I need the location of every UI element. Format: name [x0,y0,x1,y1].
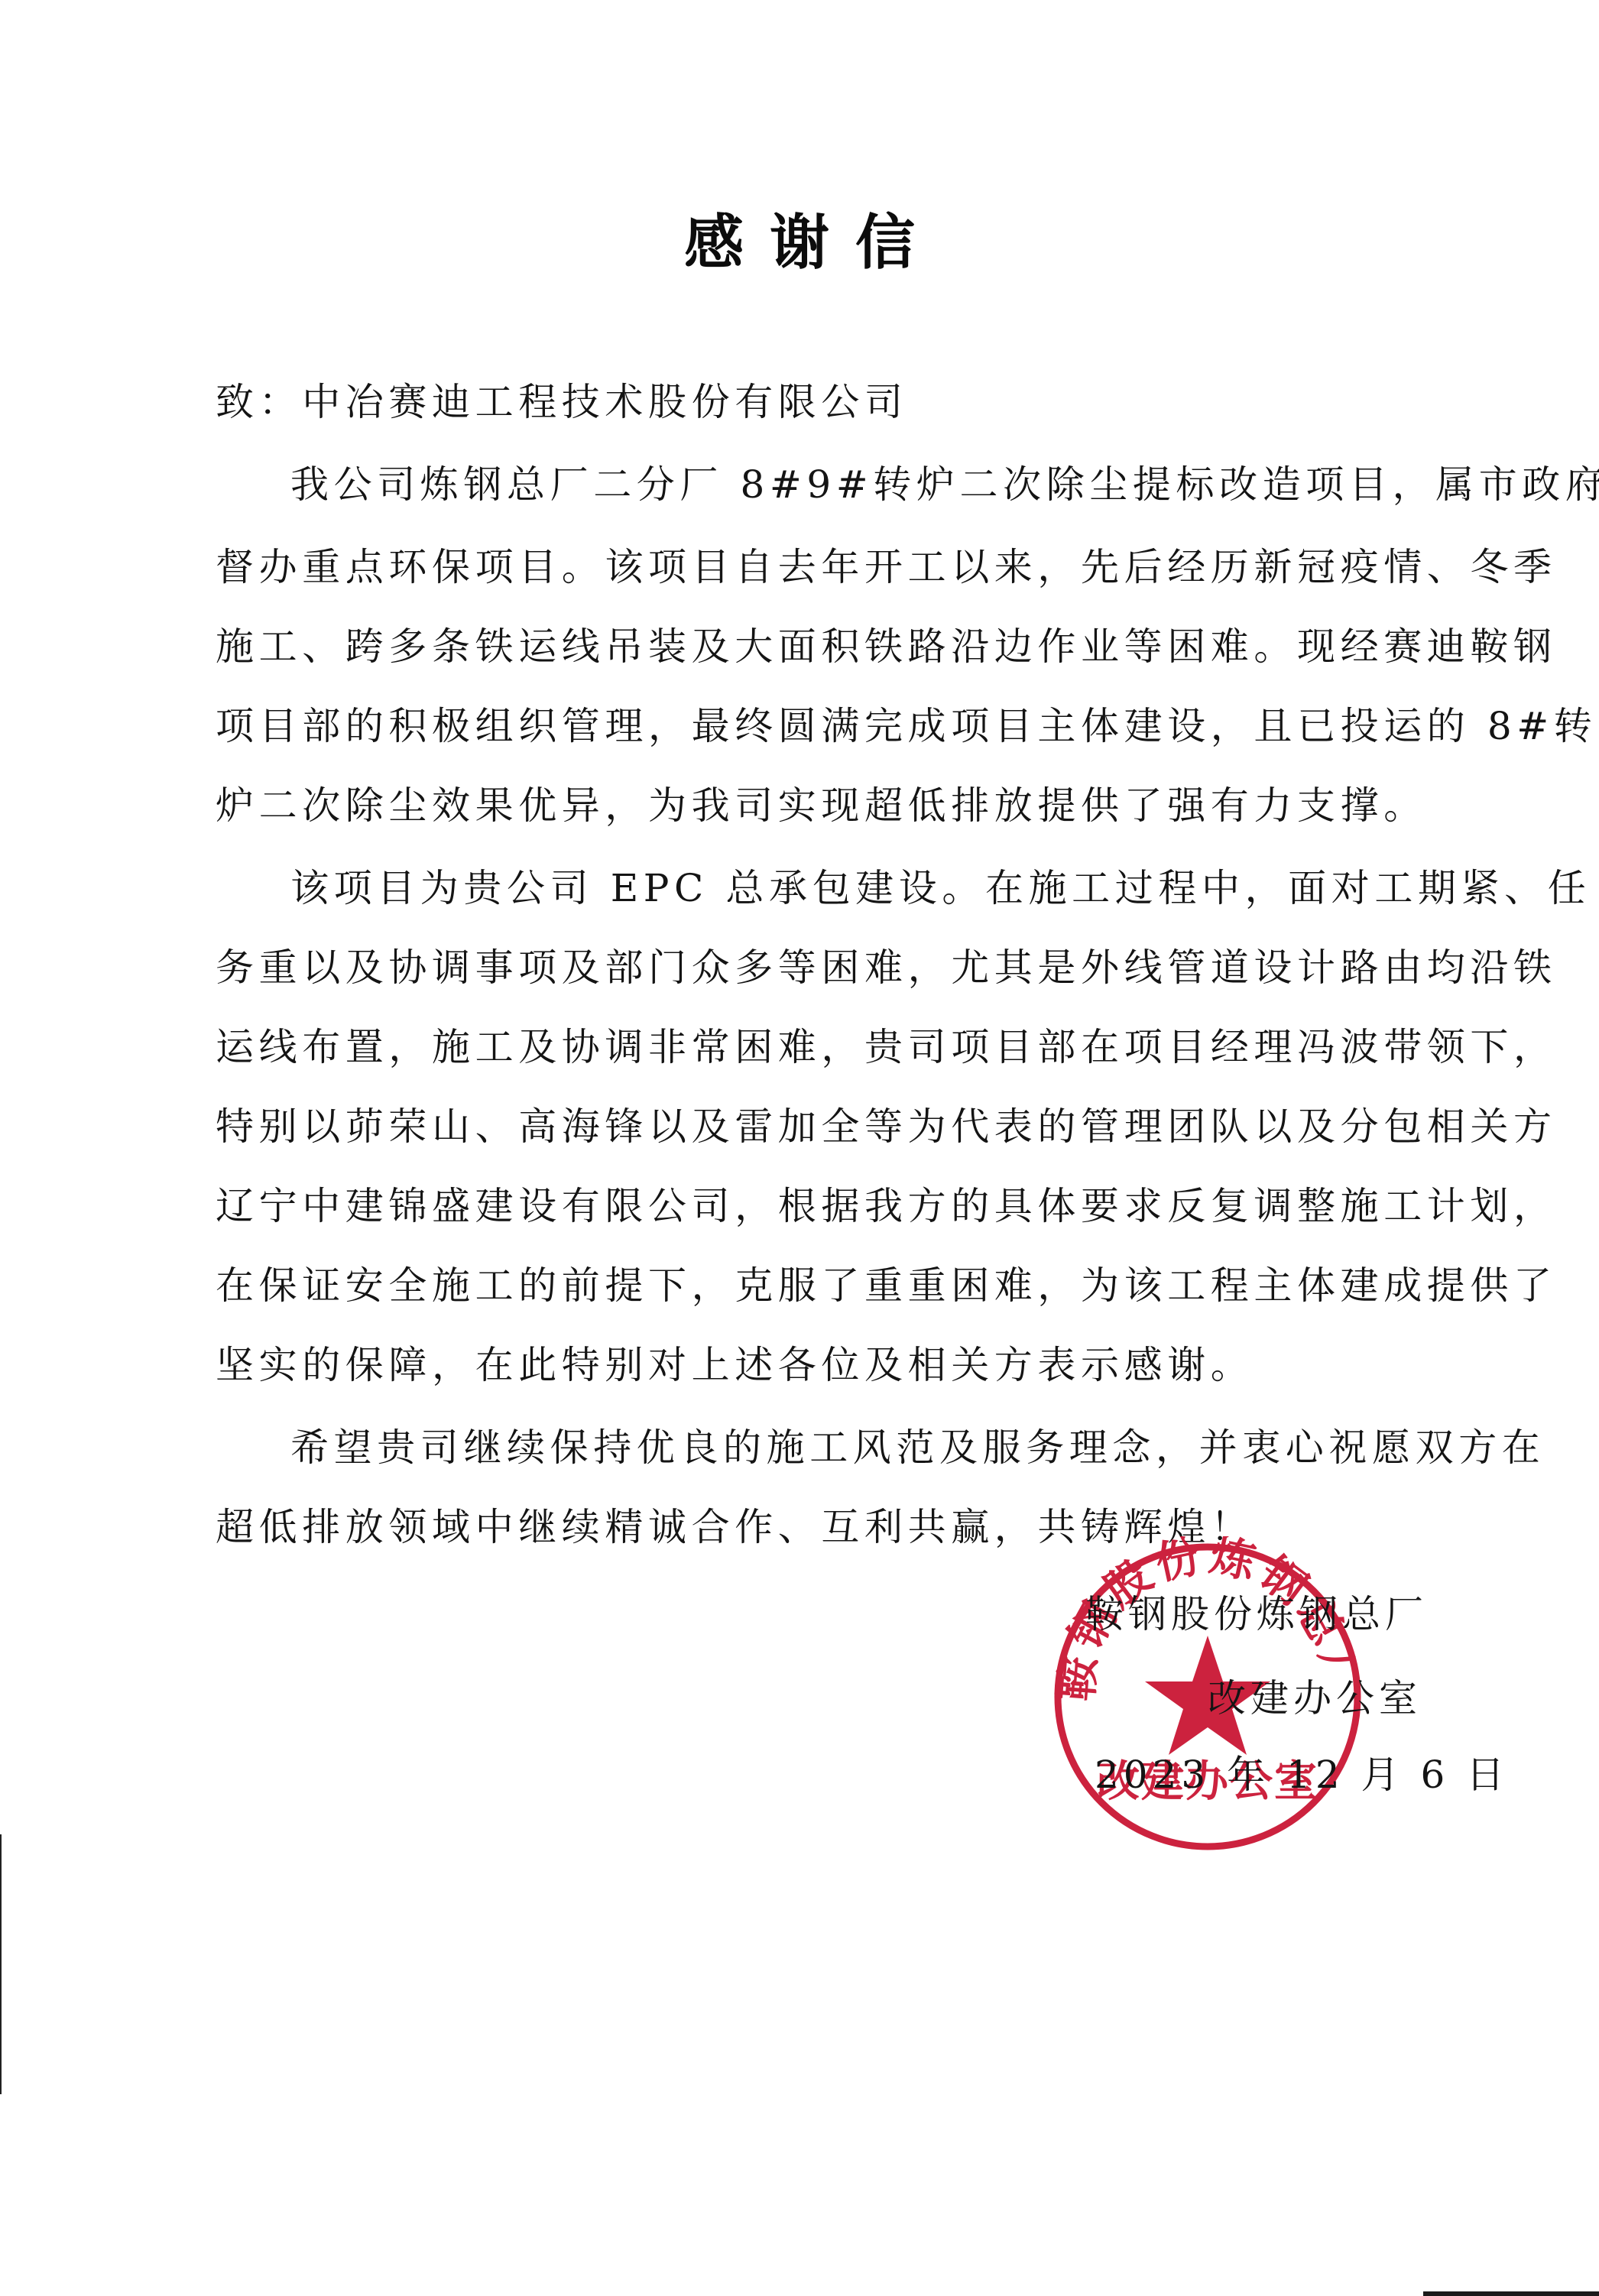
paragraph-1-line-5: 炉二次除尘效果优异，为我司实现超低排放提供了强有力支撑。 [216,783,1427,829]
letter-page: 感谢信 致：中冶赛迪工程技术股份有限公司 我公司炼钢总厂二分厂 8#9#转炉二次… [0,0,1599,2296]
paragraph-2-line-4: 特别以茆荣山、高海锋以及雷加全等为代表的管理团队以及分包相关方 [216,1104,1557,1150]
paragraph-1-line-1: 我公司炼钢总厂二分厂 8#9#转炉二次除尘提标改造项目，属市政府 [290,462,1599,508]
paragraph-2-line-1: 该项目为贵公司 EPC 总承包建设。在施工过程中，面对工期紧、任 [290,865,1591,911]
signature-department: 改建办公室 [1208,1675,1422,1721]
paragraph-1-line-4: 项目部的积极组织管理，最终圆满完成项目主体建设，且已投运的 8#转 [216,703,1597,749]
paragraph-2-line-2: 务重以及协调事项及部门众多等困难，尤其是外线管道设计路由均沿铁 [216,945,1557,991]
paragraph-3-line-1: 希望贵司继续保持优良的施工风范及服务理念，并衷心祝愿双方在 [290,1425,1545,1471]
signature-organization: 鞍钢股份炼钢总厂 [1085,1591,1428,1637]
salutation: 致：中冶赛迪工程技术股份有限公司 [216,379,908,425]
scan-edge-line [0,1834,2,2094]
signature-date: 2023 年 12 月 6 日 [1095,1752,1509,1798]
paragraph-2-line-6: 在保证安全施工的前提下，克服了重重困难，为该工程主体建成提供了 [216,1263,1557,1309]
paragraph-1-line-3: 施工、跨多条铁运线吊装及大面积铁路沿边作业等困难。现经赛迪鞍钢 [216,624,1557,670]
scan-corner-mark [1423,2291,1599,2296]
paragraph-2-line-3: 运线布置，施工及协调非常困难，贵司项目部在项目经理冯波带领下， [216,1024,1557,1070]
paragraph-1-line-2: 督办重点环保项目。该项目自去年开工以来，先后经历新冠疫情、冬季 [216,544,1557,590]
paragraph-2-line-5: 辽宁中建锦盛建设有限公司，根据我方的具体要求反复调整施工计划， [216,1183,1557,1229]
letter-title: 感谢信 [0,205,1599,281]
paragraph-2-line-7: 坚实的保障，在此特别对上述各位及相关方表示感谢。 [216,1342,1254,1388]
